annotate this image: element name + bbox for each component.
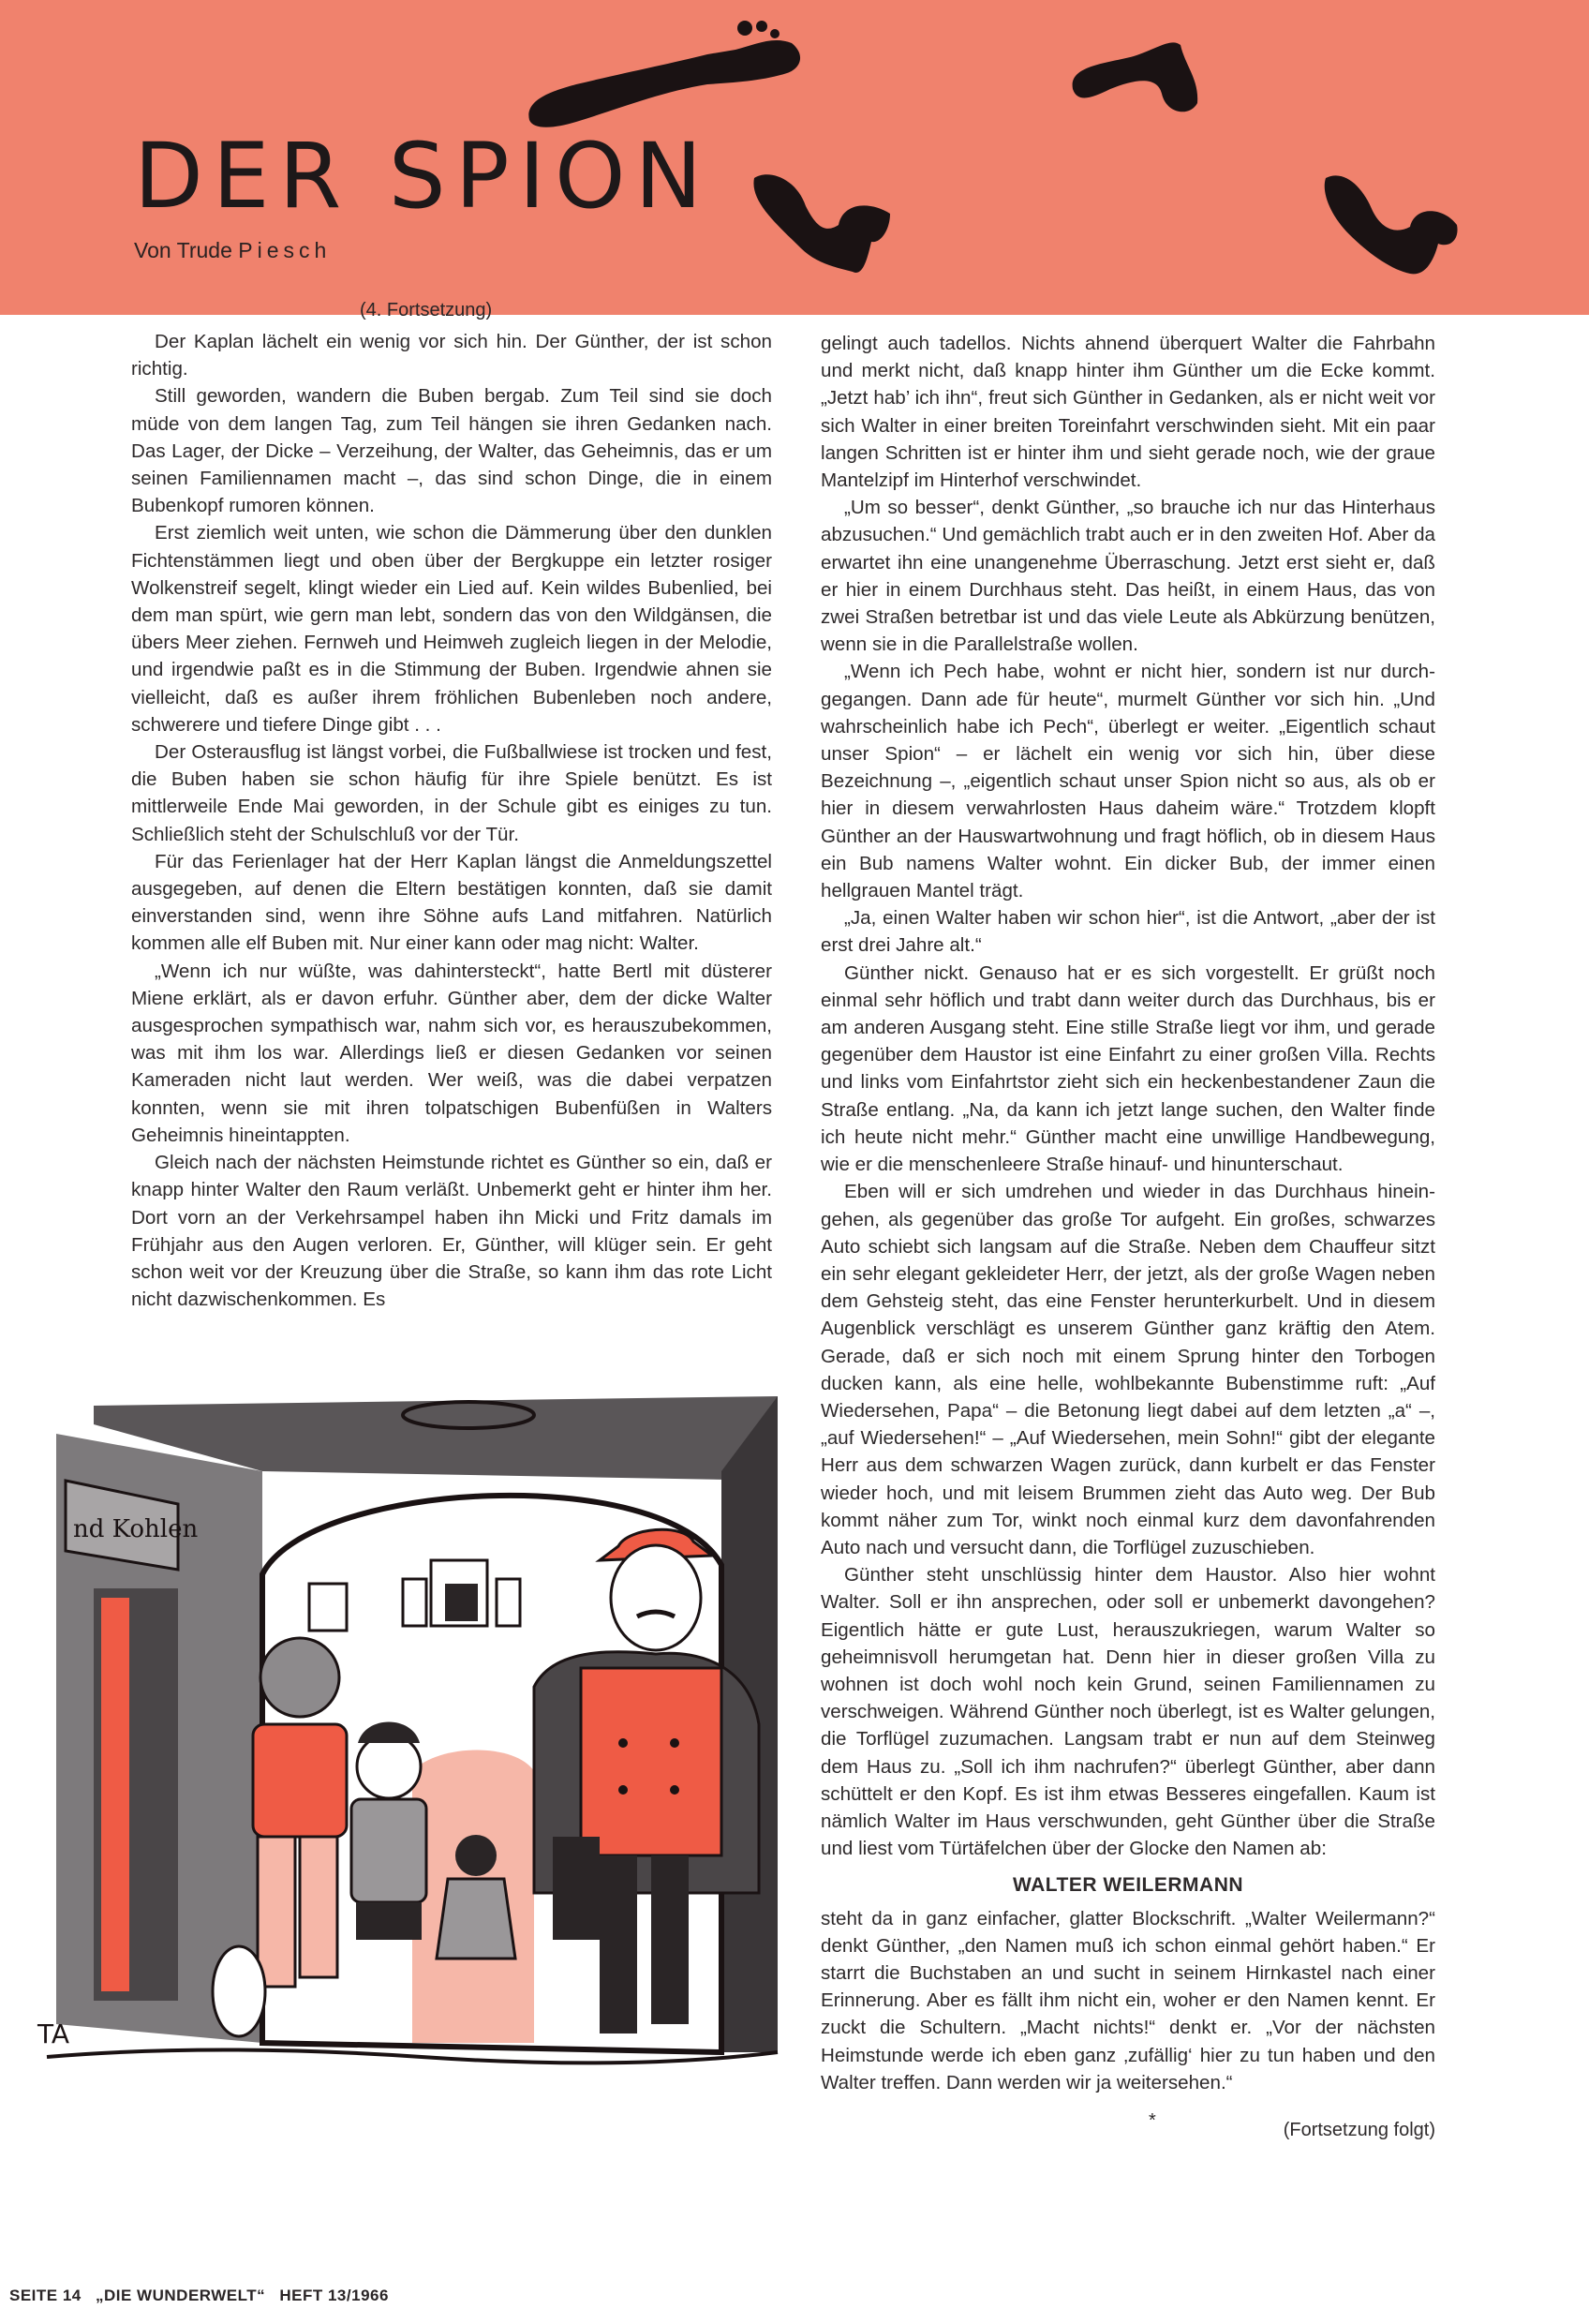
- shop-sign: nd Kohlen: [73, 1515, 198, 1543]
- byline: Von Trude Piesch: [134, 238, 331, 263]
- paragraph: Der Kaplan lächelt ein wenig vor sich hi…: [131, 328, 772, 382]
- section-asterisk: *: [1149, 2108, 1156, 2135]
- paragraph: „Wenn ich Pech habe, wohnt er nicht hier…: [821, 658, 1435, 904]
- end-row: * (Fortsetzung folgt): [821, 2108, 1435, 2145]
- paragraph: Für das Ferienlager hat der Herr Kaplan …: [131, 848, 772, 958]
- paragraph: Eben will er sich umdrehen und wieder in…: [821, 1178, 1435, 1561]
- continuation-label: (4. Fortsetzung): [360, 300, 492, 321]
- page-number: SEITE 14: [9, 2287, 82, 2304]
- paragraph: Günther steht unschlüssig hinter dem Hau…: [821, 1561, 1435, 1862]
- right-column: gelingt auch tadellos. Nichts ahnend übe…: [821, 330, 1435, 2145]
- issue-number: HEFT 13/1966: [279, 2287, 389, 2304]
- paragraph: Günther nickt. Genauso hat er es sich vo…: [821, 960, 1435, 1179]
- footprint-icon: [1068, 37, 1209, 122]
- footprint-icon: [750, 169, 899, 281]
- magazine-name: „DIE WUNDERWELT“: [96, 2287, 265, 2304]
- left-column: Der Kaplan lächelt ein wenig vor sich hi…: [131, 328, 772, 1313]
- paragraph: steht da in ganz einfacher, glatter Bloc…: [821, 1905, 1435, 2096]
- paragraph: Der Osterausflug ist längst vorbei, die …: [131, 738, 772, 848]
- paragraph: Erst ziemlich weit unten, wie schon die …: [131, 519, 772, 738]
- footprint-icon: [520, 17, 820, 139]
- paragraph: gelingt auch tadellos. Nichts ahnend übe…: [821, 330, 1435, 494]
- byline-prefix: Von Trude: [134, 238, 232, 262]
- footprint-icon: [1321, 169, 1462, 281]
- story-illustration: nd Kohlen TA: [28, 1368, 787, 2118]
- header-band: DER SPION Von Trude Piesch: [0, 0, 1589, 315]
- to-be-continued-label: (Fortsetzung folgt): [1284, 2117, 1435, 2144]
- paragraph: Gleich nach der nächsten Heimstunde rich…: [131, 1149, 772, 1313]
- paragraph: Still geworden, wandern die Buben bergab…: [131, 382, 772, 519]
- page-footer: SEITE 14 „DIE WUNDERWELT“ HEFT 13/1966: [9, 2287, 398, 2305]
- paragraph: „Um so besser“, denkt Günther, „so brauc…: [821, 494, 1435, 658]
- nameplate-text: WALTER WEILERMANN: [821, 1871, 1435, 1899]
- author-surname: Piesch: [238, 238, 331, 262]
- article-title: DER SPION: [134, 131, 711, 221]
- paragraph: „Ja, einen Walter haben wir schon hier“,…: [821, 904, 1435, 959]
- illustrator-signature: TA: [37, 2019, 69, 2049]
- paragraph: „Wenn ich nur wüßte, was dahintersteckt“…: [131, 958, 772, 1149]
